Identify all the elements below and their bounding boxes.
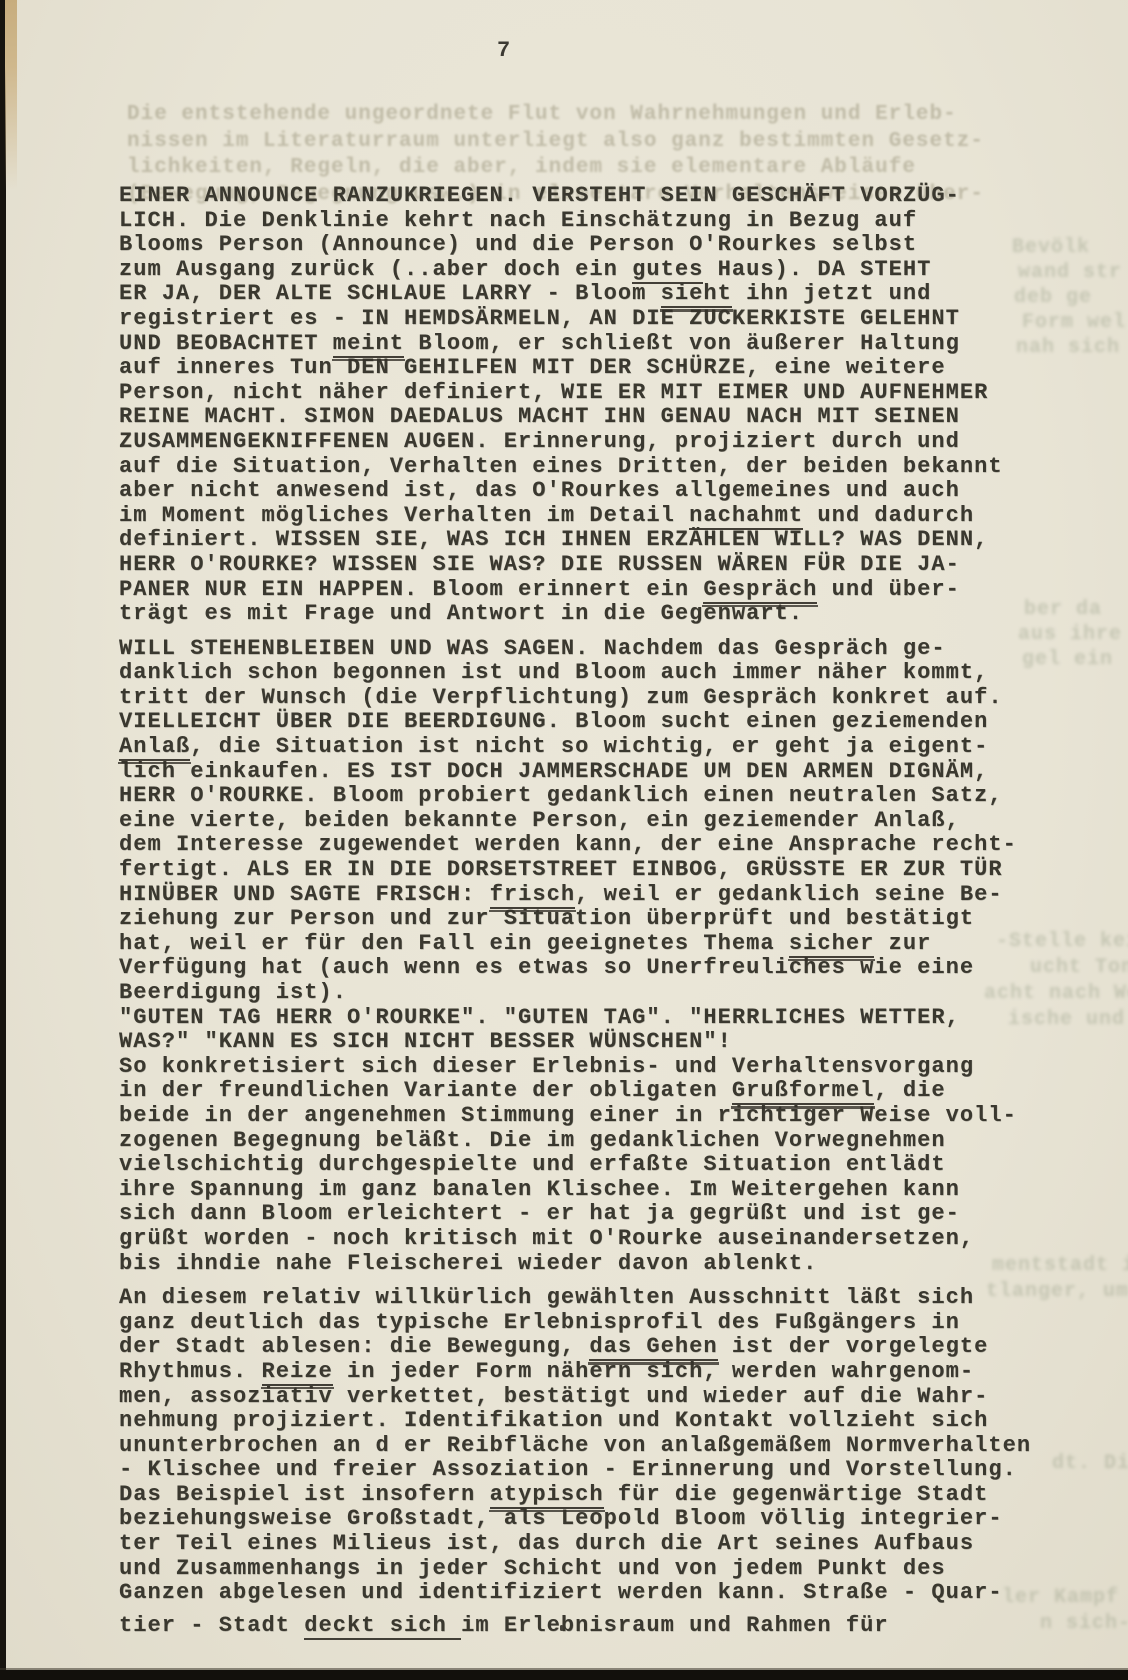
text-segment: ununterbrochen an d er Reibfläche von an… — [119, 1433, 1031, 1458]
text-segment: WAS?" "KANN ES SICH NICHT BESSER WÜNSCHE… — [119, 1029, 732, 1054]
text-segment: Blooms Person (Announce) und die Person … — [119, 232, 917, 257]
text-line: ununterbrochen an d er Reibfläche von an… — [119, 1434, 1059, 1459]
underlined-text: frisch — [490, 882, 576, 909]
text-segment: hat, weil er für den Fall ein geeignetes… — [119, 931, 789, 956]
ghost-text-fragment: n sich- — [1040, 1612, 1128, 1635]
ghost-text-fragment: Form wel — [1022, 311, 1126, 334]
text-line: ihre Spannung im ganz banalen Klischee. … — [119, 1178, 1059, 1203]
text-line: fertigt. ALS ER IN DIE DORSETSTREET EINB… — [119, 858, 1059, 883]
text-segment: UND BEOBACHTET — [119, 331, 333, 356]
text-segment: grüßt worden - noch kritisch mit O'Rourk… — [119, 1226, 974, 1251]
text-segment: eine vierte, beiden bekannte Person, ein… — [119, 808, 960, 833]
text-line: und Zusammenhangs in jeder Schicht und v… — [119, 1557, 1059, 1582]
text-line: An diesem relativ willkürlich gewählten … — [119, 1286, 1059, 1311]
text-segment: für die gegenwärtige Stadt — [604, 1482, 989, 1507]
text-segment: lich einkaufen. ES IST DOCH JAMMERSCHADE… — [119, 759, 988, 784]
text-segment: im Erlebnisraum und Rahmen für — [461, 1613, 889, 1638]
paragraph: An diesem relativ willkürlich gewählten … — [119, 1286, 1059, 1638]
text-segment: HERR O'ROURKE? WISSEN SIE WAS? DIE RUSSE… — [119, 552, 960, 577]
text-line: Blooms Person (Announce) und die Person … — [119, 233, 1059, 258]
text-line: ER JA, DER ALTE SCHLAUE LARRY - Bloom si… — [119, 282, 1059, 307]
text-segment: und Zusammenhangs in jeder Schicht und v… — [119, 1556, 946, 1581]
scanned-typewritten-page: 7 Die entstehende ungeordnete Flut von W… — [0, 0, 1128, 1680]
underlined-text: Reize — [262, 1359, 333, 1386]
text-segment: registriert es - IN HEMDSÄRMELN, AN DIE … — [119, 306, 960, 331]
text-segment: der Stadt ablesen: die Bewegung, — [119, 1334, 589, 1359]
ghost-text-fragment: acht nach Westen — [984, 982, 1128, 1005]
text-line: bis ihndie nahe Fleischerei wieder davon… — [119, 1252, 1059, 1277]
text-segment: VIELLEICHT ÜBER DIE BEERDIGUNG. Bloom su… — [119, 709, 988, 734]
text-segment: HINÜBER UND SAGTE FRISCH: — [119, 882, 490, 907]
text-segment: zur — [874, 931, 931, 956]
ghost-text-fragment: deb ge — [1014, 286, 1092, 309]
text-line: ZUSAMMENGEKNIFFENEN AUGEN. Erinnerung, p… — [119, 430, 1059, 455]
text-line: WAS?" "KANN ES SICH NICHT BESSER WÜNSCHE… — [119, 1030, 1059, 1055]
underlined-text: sicher — [789, 931, 875, 958]
text-segment: fertigt. ALS ER IN DIE DORSETSTREET EINB… — [119, 857, 1003, 882]
text-line: nehmung projiziert. Identifikation und K… — [119, 1409, 1059, 1434]
text-segment: bis ihndie nahe Fleischerei wieder davon… — [119, 1251, 817, 1276]
text-line: Beerdigung ist). — [119, 981, 1059, 1006]
text-line: Verfügung hat (auch wenn es etwas so Une… — [119, 956, 1059, 981]
text-line: ganz deutlich das typische Erlebnisprofi… — [119, 1311, 1059, 1336]
text-segment: Person, nicht näher definiert, WIE ER MI… — [119, 380, 988, 405]
text-segment: men, assoziativ verkettet, bestätigt und… — [119, 1384, 988, 1409]
text-segment: auf inneres Tun DEN GEHILFEN MIT DER SCH… — [119, 355, 946, 380]
text-line: registriert es - IN HEMDSÄRMELN, AN DIE … — [119, 307, 1059, 332]
text-line: Person, nicht näher definiert, WIE ER MI… — [119, 381, 1059, 406]
text-segment: ist der vorgelegte — [718, 1334, 989, 1359]
text-segment: Haus). DA STEHT — [703, 257, 931, 282]
text-segment: Beerdigung ist). — [119, 980, 347, 1005]
text-line: trägt es mit Frage und Antwort in die Ge… — [119, 602, 1059, 627]
text-segment: PANER NUR EIN HAPPEN. Bloom erinnert ein — [119, 577, 703, 602]
underlined-text: meint — [333, 331, 404, 358]
text-line: ter Teil eines Milieus ist, das durch di… — [119, 1532, 1059, 1557]
text-segment: aber nicht anwesend ist, das O'Rourkes a… — [119, 478, 960, 503]
text-segment: "GUTEN TAG HERR O'ROURKE". "GUTEN TAG". … — [119, 1005, 960, 1030]
ghost-text-fragment: ucht Ton — [1030, 956, 1128, 979]
text-segment: Rhythmus. — [119, 1359, 262, 1384]
text-line: REINE MACHT. SIMON DAEDALUS MACHT IHN GE… — [119, 405, 1059, 430]
text-segment: sich dann Bloom erleichtert - er hat ja … — [119, 1201, 960, 1226]
ghost-text-line: nissen im Literaturraum unterliegt also … — [127, 129, 1047, 156]
bottom-page-edge — [0, 1670, 1128, 1680]
text-segment: vielschichtig durchgespielte und erfaßte… — [119, 1152, 946, 1177]
text-segment: Ganzen abgelesen und identifiziert werde… — [119, 1580, 1003, 1605]
text-line: im Moment mögliches Verhalten im Detail … — [119, 504, 1059, 529]
underlined-text: deckt sich — [304, 1613, 461, 1640]
text-line: HERR O'ROURKE? WISSEN SIE WAS? DIE RUSSE… — [119, 553, 1059, 578]
text-line: UND BEOBACHTET meint Bloom, er schließt … — [119, 332, 1059, 357]
text-line: zogenen Begegnung beläßt. Die im gedankl… — [119, 1129, 1059, 1154]
ghost-text-fragment: nah sich — [1016, 336, 1120, 359]
text-segment: ihn jetzt und — [732, 281, 932, 306]
page-number: 7 — [497, 38, 511, 63]
text-segment: und über- — [817, 577, 960, 602]
text-line: definiert. WISSEN SIE, WAS ICH IHNEN ERZ… — [119, 528, 1059, 553]
text-line: HERR O'ROURKE. Bloom probiert gedanklich… — [119, 784, 1059, 809]
ghost-text-fragment: Bevölk — [1012, 236, 1090, 259]
text-line: WILL STEHENBLEIBEN UND WAS SAGEN. Nachde… — [119, 637, 1059, 662]
text-segment: definiert. WISSEN SIE, WAS ICH IHNEN ERZ… — [119, 527, 988, 552]
text-line: tier - Stadt deckt sich im Erlebnisraum … — [119, 1614, 1059, 1639]
text-line: zum Ausgang zurück (..aber doch ein gute… — [119, 258, 1059, 283]
text-line: - Klischee und freier Assoziation - Erin… — [119, 1458, 1059, 1483]
underlined-text: nachahmt — [689, 503, 803, 530]
text-segment: trägt es mit Frage und Antwort in die Ge… — [119, 601, 803, 626]
ghost-text-fragment: ber da — [1024, 598, 1102, 621]
text-segment: ER JA, DER ALTE SCHLAUE LARRY - Bloom — [119, 281, 661, 306]
paragraph: EINER ANNOUNCE RANZUKRIEGEN. VERSTEHT SE… — [119, 184, 1059, 627]
ghost-text-fragment: ler Kampf — [1002, 1586, 1119, 1609]
text-line: auf die Situation, Verhalten eines Dritt… — [119, 455, 1059, 480]
text-line: So konkretisiert sich dieser Erlebnis- u… — [119, 1055, 1059, 1080]
underlined-text: Gespräch — [703, 577, 817, 604]
text-line: VIELLEICHT ÜBER DIE BEERDIGUNG. Bloom su… — [119, 710, 1059, 735]
text-segment: und dadurch — [803, 503, 974, 528]
text-segment: beide in der angenehmen Stimmung einer i… — [119, 1103, 1017, 1128]
text-line: "GUTEN TAG HERR O'ROURKE". "GUTEN TAG". … — [119, 1006, 1059, 1031]
text-line: eine vierte, beiden bekannte Person, ein… — [119, 809, 1059, 834]
text-line: tritt der Wunsch (die Verpflichtung) zum… — [119, 686, 1059, 711]
text-line: lich einkaufen. ES IST DOCH JAMMERSCHADE… — [119, 760, 1059, 785]
text-line: aber nicht anwesend ist, das O'Rourkes a… — [119, 479, 1059, 504]
text-segment: ihre Spannung im ganz banalen Klischee. … — [119, 1177, 960, 1202]
text-segment: zum Ausgang zurück (..aber doch ein — [119, 257, 632, 282]
text-segment: HERR O'ROURKE. Bloom probiert gedanklich… — [119, 783, 1003, 808]
ghost-text-fragment: mentstadt ist — [992, 1254, 1128, 1277]
text-segment: WILL STEHENBLEIBEN UND WAS SAGEN. Nachde… — [119, 636, 946, 661]
ghost-text-line: Die entstehende ungeordnete Flut von Wah… — [127, 102, 1047, 129]
ink-speck — [560, 1625, 563, 1631]
text-line: Ganzen abgelesen und identifiziert werde… — [119, 1581, 1059, 1606]
text-segment: nehmung projiziert. Identifikation und K… — [119, 1408, 988, 1433]
text-line: HINÜBER UND SAGTE FRISCH: frisch, weil e… — [119, 883, 1059, 908]
underlined-text: gutes — [632, 257, 703, 284]
text-segment: ter Teil eines Milieus ist, das durch di… — [119, 1531, 974, 1556]
left-page-edge — [5, 0, 17, 190]
text-segment: in der freundlichen Variante der obligat… — [119, 1078, 732, 1103]
text-line: dem Interesse zugewendet werden kann, de… — [119, 833, 1059, 858]
text-segment: zogenen Begegnung beläßt. Die im gedankl… — [119, 1128, 946, 1153]
paragraph: WILL STEHENBLEIBEN UND WAS SAGEN. Nachde… — [119, 637, 1059, 1276]
left-page-edge-shadow — [0, 0, 6, 1680]
text-segment: LICH. Die Denklinie kehrt nach Einschätz… — [119, 208, 917, 233]
text-segment: auf die Situation, Verhalten eines Dritt… — [119, 454, 1003, 479]
ghost-text-fragment: ische und — [1008, 1008, 1125, 1031]
underlined-text: atypisch — [490, 1482, 604, 1509]
text-segment: danklich schon begonnen ist und Bloom au… — [119, 660, 988, 685]
underlined-text: Grußformel — [732, 1078, 875, 1105]
text-line: EINER ANNOUNCE RANZUKRIEGEN. VERSTEHT SE… — [119, 184, 1059, 209]
text-line: beide in der angenehmen Stimmung einer i… — [119, 1104, 1059, 1129]
text-line: ziehung zur Person und zur Situation übe… — [119, 907, 1059, 932]
text-segment: tritt der Wunsch (die Verpflichtung) zum… — [119, 685, 1003, 710]
text-line: der Stadt ablesen: die Bewegung, das Geh… — [119, 1335, 1059, 1360]
text-line: Anlaß, die Situation ist nicht so wichti… — [119, 735, 1059, 760]
ghost-text-fragment: wand str — [1018, 261, 1122, 284]
text-segment: tier - Stadt — [119, 1613, 304, 1638]
ghost-text-fragment: tlanger, um so die — [986, 1280, 1128, 1303]
text-block: EINER ANNOUNCE RANZUKRIEGEN. VERSTEHT SE… — [119, 184, 1059, 1648]
text-segment: , die Situation ist nicht so wichtig, er… — [190, 734, 988, 759]
text-segment: im Moment mögliches Verhalten im Detail — [119, 503, 689, 528]
ghost-text-fragment: -Stelle keine — [996, 930, 1128, 953]
text-line: in der freundlichen Variante der obligat… — [119, 1079, 1059, 1104]
text-line: LICH. Die Denklinie kehrt nach Einschätz… — [119, 209, 1059, 234]
text-segment: Das Beispiel ist insofern — [119, 1482, 490, 1507]
text-segment: , weil er gedanklich seine Be- — [575, 882, 1003, 907]
text-line: sich dann Bloom erleichtert - er hat ja … — [119, 1202, 1059, 1227]
ghost-text-line: lichkeiten, Regeln, die aber, indem sie … — [127, 155, 1047, 182]
text-segment: Bloom, er schließt von äußerer Haltung — [404, 331, 960, 356]
text-segment: An diesem relativ willkürlich gewählten … — [119, 1285, 974, 1310]
text-segment: So konkretisiert sich dieser Erlebnis- u… — [119, 1054, 974, 1079]
underlined-text: sieht — [661, 281, 732, 308]
underlined-text: das Gehen — [589, 1334, 717, 1361]
text-line: Das Beispiel ist insofern atypisch für d… — [119, 1483, 1059, 1508]
text-line: vielschichtig durchgespielte und erfaßte… — [119, 1153, 1059, 1178]
text-segment: ZUSAMMENGEKNIFFENEN AUGEN. Erinnerung, p… — [119, 429, 960, 454]
text-segment: REINE MACHT. SIMON DAEDALUS MACHT IHN GE… — [119, 404, 960, 429]
text-segment: , die — [874, 1078, 945, 1103]
text-segment: - Klischee und freier Assoziation - Erin… — [119, 1457, 1017, 1482]
ghost-text-fragment: gel ein — [1022, 648, 1113, 671]
text-line: auf inneres Tun DEN GEHILFEN MIT DER SCH… — [119, 356, 1059, 381]
text-line: grüßt worden - noch kritisch mit O'Rourk… — [119, 1227, 1059, 1252]
ghost-text-fragment: dt. Die — [1052, 1452, 1128, 1475]
text-segment: ganz deutlich das typische Erlebnisprofi… — [119, 1310, 960, 1335]
text-segment: dem Interesse zugewendet werden kann, de… — [119, 832, 1017, 857]
text-segment: EINER ANNOUNCE RANZUKRIEGEN. VERSTEHT SE… — [119, 183, 960, 208]
ghost-text-fragment: aus ihre — [1018, 623, 1122, 646]
underlined-text: Anlaß — [119, 734, 190, 761]
text-line: PANER NUR EIN HAPPEN. Bloom erinnert ein… — [119, 578, 1059, 603]
text-line: danklich schon begonnen ist und Bloom au… — [119, 661, 1059, 686]
text-line: hat, weil er für den Fall ein geeignetes… — [119, 932, 1059, 957]
